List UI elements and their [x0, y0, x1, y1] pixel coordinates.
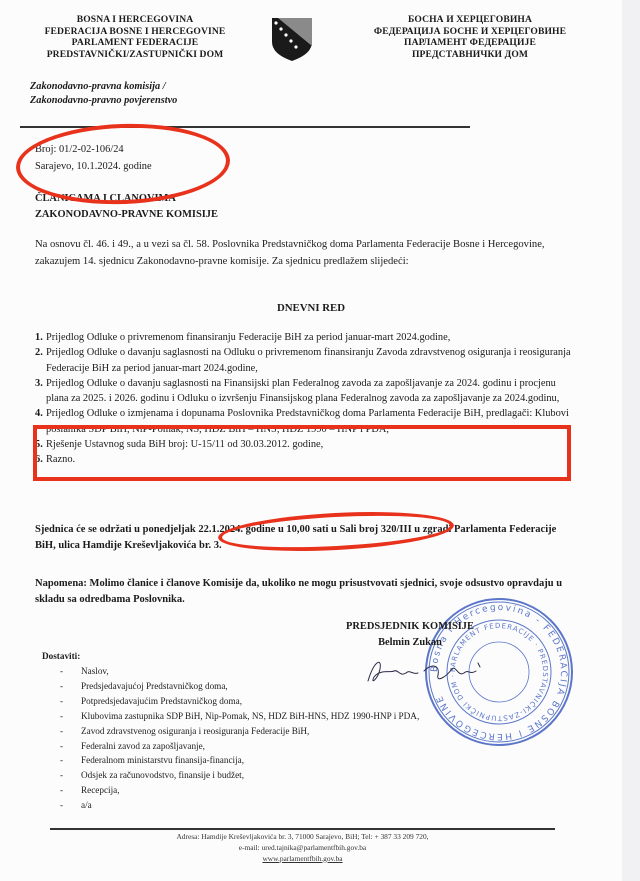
recipient-item: -a/a [60, 798, 419, 813]
footer-website-link[interactable]: www.parlamentfbih.gov.ba [50, 854, 555, 865]
recipient-item: -Klubovima zastupnika SDP BiH, Nip-Pomak… [60, 709, 419, 724]
agenda-item-text: Razno. [46, 454, 75, 465]
agenda-item-number: 3. [35, 376, 43, 391]
recipient-item: -Potpredsjedavajućim Predstavničkog doma… [60, 694, 419, 709]
recipient-text: a/a [81, 800, 92, 810]
agenda-item: 5.Rješenje Ustavnog suda BiH broj: U-15/… [35, 437, 575, 452]
agenda-item: 3.Prijedlog Odluke o davanju saglasnosti… [35, 376, 575, 407]
header-line: PARLAMENT FEDERACIJE [30, 37, 240, 49]
reference-block: Broj: 01/2-02-106/24 Sarajevo, 10.1.2024… [35, 141, 152, 175]
signer-title: PREDSJEDNIK KOMISIJE [340, 619, 480, 635]
header-divider [20, 126, 470, 128]
agenda-item: 6.Razno. [35, 452, 575, 467]
recipient-text: Odsjek za računovodstvo, finansije i bud… [81, 770, 244, 780]
header-cyrillic: БОСНА И ХЕРЦЕГОВИНА ФЕДЕРАЦИЈА БОСНЕ И Х… [355, 14, 585, 60]
session-notice: Sjednica će se održati u ponedjeljak 22.… [35, 522, 575, 554]
reference-place-date: Sarajevo, 10.1.2024. godine [35, 158, 152, 175]
footer: Adresa: Hamdije Kreševljakovića br. 3, 7… [50, 832, 555, 864]
header-line: PREDSTAVNIČKI/ZASTUPNIČKI DOM [30, 49, 240, 61]
header-line: ПРЕДСТАВНИЧКИ ДОМ [355, 49, 585, 61]
header-line: ФЕДЕРАЦИЈА БОСНЕ И ХЕРЦЕГОВИНЕ [355, 26, 585, 38]
agenda-item: 1.Prijedlog Odluke o privremenom finansi… [35, 330, 575, 345]
recipient-item: -Naslov, [60, 664, 419, 679]
committee-line: Zakonodavno-pravno povjerenstvo [30, 94, 177, 108]
recipient-text: Recepcija, [81, 785, 120, 795]
distribution-list: -Naslov, -Predsjedavajućoj Predstavničko… [60, 664, 419, 813]
recipient-item: -Odsjek za računovodstvo, finansije i bu… [60, 768, 419, 783]
document-page: BOSNA I HERCEGOVINA FEDERACIJA BOSNE I H… [0, 0, 622, 881]
signer-block: PREDSJEDNIK KOMISIJE Belmin Zukan [340, 619, 480, 650]
recipient-text: Potpredsjedavajućim Predstavničkog doma, [81, 696, 242, 706]
addressee-line: ZAKONODAVNO-PRAVNE KOMISIJE [35, 207, 218, 223]
recipient-text: Naslov, [81, 666, 109, 676]
agenda-item-text: Prijedlog Odluke o davanju saglasnosti n… [46, 347, 571, 373]
recipient-text: Klubovima zastupnika SDP BiH, Nip-Pomak,… [81, 711, 419, 721]
agenda-item-text: Rješenje Ustavnog suda BiH broj: U-15/11… [46, 439, 323, 450]
committee-line: Zakonodavno-pravna komisija / [30, 80, 177, 94]
addressee-line: ČLANICAMA I CLANOVIMA [35, 191, 218, 207]
agenda-item-text: Prijedlog Odluke o privremenom finansira… [46, 332, 450, 343]
agenda-item: 4.Prijedlog Odluke o izmjenama i dopunam… [35, 406, 575, 437]
bih-coat-of-arms-icon [270, 16, 314, 62]
agenda-item-number: 2. [35, 345, 43, 360]
agenda-item-number: 4. [35, 406, 43, 421]
recipient-item: -Federalni zavod za zapošljavanje, [60, 739, 419, 754]
header-line: ПАРЛАМЕНТ ФЕДЕРАЦИЈЕ [355, 37, 585, 49]
agenda-item-number: 1. [35, 330, 43, 345]
recipient-item: -Recepcija, [60, 783, 419, 798]
agenda-item-number: 6. [35, 452, 43, 467]
agenda-list: 1.Prijedlog Odluke o privremenom finansi… [35, 330, 575, 468]
reference-number: Broj: 01/2-02-106/24 [35, 141, 152, 158]
agenda-item: 2.Prijedlog Odluke o davanju saglasnosti… [35, 345, 575, 376]
header-line: БОСНА И ХЕРЦЕГОВИНА [355, 14, 585, 26]
committee-name: Zakonodavno-pravna komisija / Zakonodavn… [30, 80, 177, 108]
header-line: FEDERACIJA BOSNE I HERCEGOVINE [30, 26, 240, 38]
agenda-item-number: 5. [35, 437, 43, 452]
footer-address: Adresa: Hamdije Kreševljakovića br. 3, 7… [50, 832, 555, 843]
recipient-text: Predsjedavajućoj Predstavničkog doma, [81, 681, 228, 691]
header-latin: BOSNA I HERCEGOVINA FEDERACIJA BOSNE I H… [30, 14, 240, 60]
recipient-item: -Predsjedavajućoj Predstavničkog doma, [60, 679, 419, 694]
agenda-item-text: Prijedlog Odluke o davanju saglasnosti n… [46, 378, 559, 404]
footer-email[interactable]: e-mail: ured.tajnika@parlamentfbih.gov.b… [50, 843, 555, 854]
agenda-title: DNEVNI RED [0, 302, 622, 314]
recipient-item: -Federalnom ministarstvu finansija-finan… [60, 753, 419, 768]
signer-name: Belmin Zukan [340, 635, 480, 651]
recipient-item: -Zavod zdravstvenog osiguranja i reosigu… [60, 724, 419, 739]
addressee: ČLANICAMA I CLANOVIMA ZAKONODAVNO-PRAVNE… [35, 191, 218, 222]
intro-paragraph: Na osnovu čl. 46. i 49., a u vezi sa čl.… [35, 236, 570, 271]
header-line: BOSNA I HERCEGOVINA [30, 14, 240, 26]
recipient-text: Zavod zdravstvenog osiguranja i reosigur… [81, 726, 309, 736]
recipient-text: Federalni zavod za zapošljavanje, [81, 741, 205, 751]
footer-divider [50, 828, 555, 830]
distribution-label: Dostaviti: [42, 651, 80, 661]
agenda-item-text: Prijedlog Odluke o izmjenama i dopunama … [46, 408, 569, 434]
recipient-text: Federalnom ministarstvu finansija-financ… [81, 755, 244, 765]
